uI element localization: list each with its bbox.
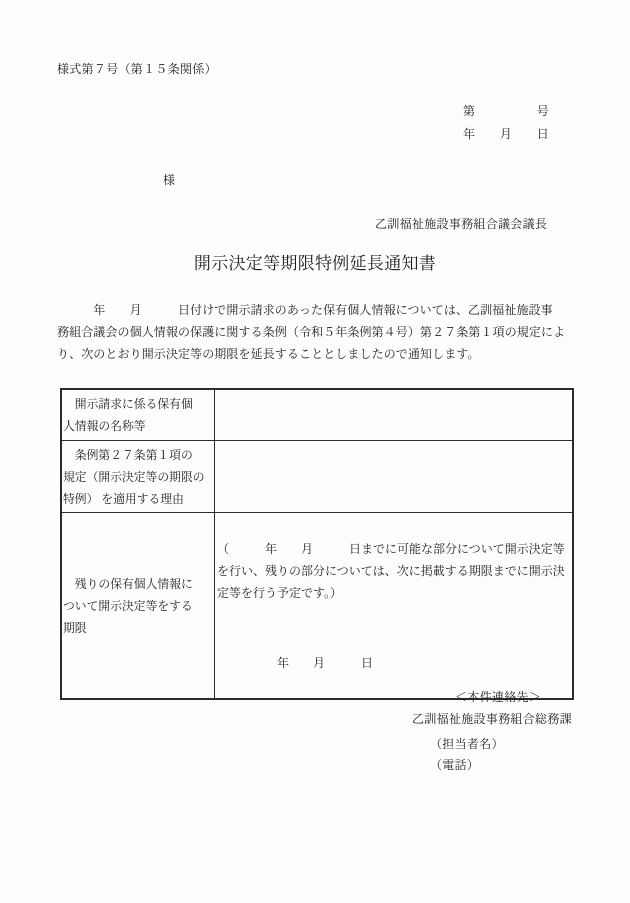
contact-phone: （電話） — [430, 754, 479, 776]
disclosure-extension-table: 開示請求に係る保有個 人情報の名称等 条例第２７条第１項の 規定（開示決定等の期… — [60, 388, 574, 700]
form-number: 様式第７号（第１５条関係） — [57, 58, 217, 80]
row-value-reason — [215, 441, 574, 513]
deadline-date-line: 年 月 日 — [217, 652, 571, 674]
doc-number-block: 第 号 年 月 日 — [463, 100, 549, 146]
contact-header: ＜本件連絡先＞ — [455, 686, 541, 708]
contact-person-name: （担当者名） — [430, 733, 504, 755]
sender-name: 乙訓福祉施設事務組合議会議長 — [375, 213, 547, 235]
document-page: 様式第７号（第１５条関係） 第 号 年 月 日 様 乙訓福祉施設事務組合議会議長… — [0, 0, 630, 903]
doc-number-line: 第 号 — [463, 100, 549, 123]
body-paragraph: 年 月 日付けで開示請求のあった保有個人情報については、乙訓福祉施設事 務組合議… — [57, 299, 575, 365]
table-row-reason: 条例第２７条第１項の 規定（開示決定等の期限の 特例） を適用する理由 — [61, 441, 573, 513]
row-label-information-name: 開示請求に係る保有個 人情報の名称等 — [61, 389, 215, 441]
deadline-parenthetical-note: （ 年 月 日までに可能な部分について開示決定等 を行い、残りの部分については、… — [217, 538, 571, 604]
table-row-deadline: 残りの保有個人情報に ついて開示決定等をする 期限 （ 年 月 日までに可能な部… — [61, 513, 573, 700]
row-value-information-name — [215, 389, 574, 441]
row-label-deadline: 残りの保有個人情報に ついて開示決定等をする 期限 — [61, 513, 215, 700]
table-row-information-name: 開示請求に係る保有個 人情報の名称等 — [61, 389, 573, 441]
doc-date-line: 年 月 日 — [463, 123, 549, 146]
addressee-label: 様 — [163, 169, 175, 191]
contact-organization: 乙訓福祉施設事務組合総務課 — [412, 708, 572, 730]
row-label-reason: 条例第２７条第１項の 規定（開示決定等の期限の 特例） を適用する理由 — [61, 441, 215, 513]
row-value-deadline: （ 年 月 日までに可能な部分について開示決定等 を行い、残りの部分については、… — [215, 513, 574, 700]
document-title: 開示決定等期限特例延長通知書 — [0, 252, 630, 276]
